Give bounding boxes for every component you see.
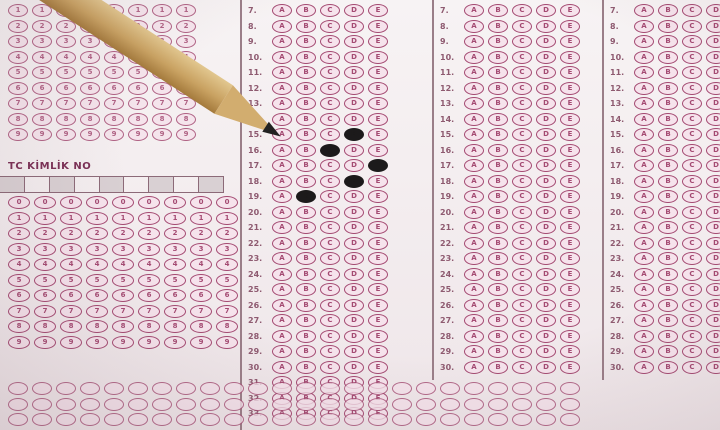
question-number: 22. (610, 239, 632, 248)
question-number: 11. (610, 68, 632, 77)
answer-bubble: 9 (216, 336, 238, 349)
answer-bubble: B (658, 361, 678, 374)
question-number: 19. (610, 192, 632, 201)
question-number: 21. (610, 223, 632, 232)
question-number: 23. (440, 254, 462, 263)
id-number-label: TC KİMLİK NO (8, 161, 91, 172)
answer-bubble: 9 (112, 336, 134, 349)
question-number: 17. (248, 161, 270, 170)
answer-bubble: 9 (8, 336, 30, 349)
id-number-grid: 0000000001111111112222222223333333334444… (0, 192, 228, 347)
answer-bubble (488, 413, 508, 426)
answer-bubble (464, 413, 484, 426)
question-number: 17. (610, 161, 632, 170)
question-number: 28. (610, 332, 632, 341)
question-number: 9. (610, 37, 632, 46)
answer-bubble (440, 413, 460, 426)
answer-bubble: 9 (56, 128, 76, 141)
question-number: 17. (440, 161, 462, 170)
question-number: 10. (248, 53, 270, 62)
answer-bubble: A (634, 361, 654, 374)
answer-bubble: 9 (34, 336, 56, 349)
answer-bubble (80, 413, 100, 426)
question-number: 20. (610, 208, 632, 217)
answer-bubble (536, 413, 556, 426)
question-number: 8. (248, 22, 270, 31)
answer-bubble (32, 413, 52, 426)
question-number: 25. (248, 285, 270, 294)
answer-bubble: 9 (80, 128, 100, 141)
question-number: 9. (440, 37, 462, 46)
question-number: 19. (440, 192, 462, 201)
question-number: 7. (440, 6, 462, 15)
question-number: 10. (440, 53, 462, 62)
question-number: 27. (248, 316, 270, 325)
question-number: 29. (440, 347, 462, 356)
answer-bubble: 9 (190, 336, 212, 349)
answer-column-right-b: 7.ABCD8.ABCD9.ABCD10.ABCD11.ABCD12.ABCD1… (602, 0, 720, 380)
answer-bubble: C (682, 361, 702, 374)
question-number: 7. (610, 6, 632, 15)
question-number: 25. (440, 285, 462, 294)
answer-bubble: 9 (104, 128, 124, 141)
answer-bubble (200, 413, 220, 426)
answer-bubble: 9 (32, 128, 52, 141)
question-number: 14. (440, 115, 462, 124)
question-number: 18. (440, 177, 462, 186)
question-number: 14. (610, 115, 632, 124)
question-number: 13. (610, 99, 632, 108)
question-number: 7. (248, 6, 270, 15)
question-number: 12. (610, 84, 632, 93)
question-number: 18. (610, 177, 632, 186)
answer-bubble: D (706, 361, 720, 374)
answer-bubble (296, 413, 316, 426)
question-number: 8. (440, 22, 462, 31)
question-number: 29. (610, 347, 632, 356)
question-number: 19. (248, 192, 270, 201)
answer-bubble: 9 (164, 336, 186, 349)
question-number: 18. (248, 177, 270, 186)
question-number: 24. (440, 270, 462, 279)
question-number: 10. (610, 53, 632, 62)
question-number: 8. (610, 22, 632, 31)
answer-bubble: B (488, 361, 508, 374)
question-number: 11. (248, 68, 270, 77)
answer-bubble: 9 (128, 128, 148, 141)
answer-bubble (56, 413, 76, 426)
question-number: 9. (248, 37, 270, 46)
answer-bubble (560, 413, 580, 426)
answer-bubble (272, 413, 292, 426)
answer-bubble (320, 413, 340, 426)
question-number: 15. (610, 130, 632, 139)
question-number: 22. (248, 239, 270, 248)
question-number: 12. (248, 84, 270, 93)
answer-bubble (152, 413, 172, 426)
question-number: 30. (610, 363, 632, 372)
answer-bubble (416, 413, 436, 426)
question-number: 23. (248, 254, 270, 263)
question-number: 12. (440, 84, 462, 93)
answer-bubble: 9 (86, 336, 108, 349)
question-number: 22. (440, 239, 462, 248)
answer-bubble: 9 (8, 128, 28, 141)
answer-bubble (8, 413, 28, 426)
question-number: 21. (248, 223, 270, 232)
question-number: 24. (248, 270, 270, 279)
answer-bubble: E (560, 361, 580, 374)
question-number: 20. (248, 208, 270, 217)
answer-bubble (176, 413, 196, 426)
answer-bubble (512, 413, 532, 426)
bottom-grid (0, 378, 720, 425)
answer-bubble: 9 (152, 128, 172, 141)
answer-bubble: C (512, 361, 532, 374)
question-number: 28. (248, 332, 270, 341)
question-number: 30. (248, 363, 270, 372)
answer-bubble: D (536, 361, 556, 374)
question-number: 29. (248, 347, 270, 356)
answer-bubble (128, 413, 148, 426)
question-number: 21. (440, 223, 462, 232)
answer-column-right-a: 7.ABCDE8.ABCDE9.ABCDE10.ABCDE11.ABCDE12.… (432, 0, 604, 380)
question-number: 15. (440, 130, 462, 139)
question-number: 26. (248, 301, 270, 310)
answer-bubble (104, 413, 124, 426)
question-number: 20. (440, 208, 462, 217)
answer-bubble (344, 413, 364, 426)
question-number: 13. (440, 99, 462, 108)
question-number: 25. (610, 285, 632, 294)
answer-bubble (224, 413, 244, 426)
question-number: 26. (440, 301, 462, 310)
question-number: 26. (610, 301, 632, 310)
answer-bubble (392, 413, 412, 426)
question-number: 23. (610, 254, 632, 263)
question-number: 30. (440, 363, 462, 372)
answer-column-middle: 7.ABCDE8.ABCDE9.ABCDE10.ABCDE11.ABCDE12.… (240, 0, 417, 430)
answer-bubble: 9 (138, 336, 160, 349)
question-number: 27. (440, 316, 462, 325)
answer-sheet: TC KİMLİK NO 000000000111111111222222222… (0, 0, 720, 430)
answer-bubble: 9 (176, 128, 196, 141)
question-number: 28. (440, 332, 462, 341)
question-number: 11. (440, 68, 462, 77)
id-number-boxes (0, 176, 224, 193)
answer-bubble: A (464, 361, 484, 374)
question-number: 16. (440, 146, 462, 155)
answer-bubble (248, 413, 268, 426)
answer-bubble (368, 413, 388, 426)
question-number: 27. (610, 316, 632, 325)
answer-bubble: 9 (60, 336, 82, 349)
question-number: 16. (610, 146, 632, 155)
question-number: 24. (610, 270, 632, 279)
